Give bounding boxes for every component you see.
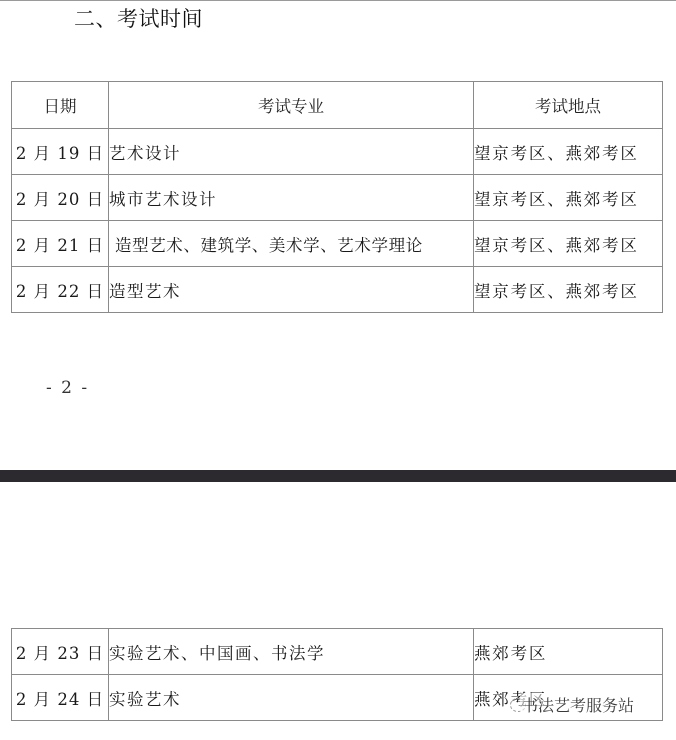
- header-major: 考试专业: [109, 82, 474, 129]
- table-row: 2 月 23 日 实验艺术、中国画、书法学 燕郊考区: [12, 629, 663, 675]
- cell-date: 2 月 21 日: [12, 221, 109, 267]
- table-row: 2 月 21 日 造型艺术、建筑学、美术学、艺术学理论 望京考区、燕郊考区: [12, 221, 663, 267]
- cell-place: 望京考区、燕郊考区: [474, 221, 663, 267]
- header-place: 考试地点: [474, 82, 663, 129]
- cell-date: 2 月 20 日: [12, 175, 109, 221]
- cell-major: 实验艺术、中国画、书法学: [109, 629, 474, 675]
- table-header-row: 日期 考试专业 考试地点: [12, 82, 663, 129]
- watermark: 书法艺考服务站: [520, 693, 636, 716]
- exam-schedule-table: 日期 考试专业 考试地点 2 月 19 日 艺术设计 望京考区、燕郊考区 2 月…: [11, 81, 663, 313]
- cell-major: 造型艺术: [109, 267, 474, 313]
- cell-place: 望京考区、燕郊考区: [474, 175, 663, 221]
- table-row: 2 月 22 日 造型艺术 望京考区、燕郊考区: [12, 267, 663, 313]
- section-heading: 二、考试时间: [74, 3, 203, 33]
- cell-place: 望京考区、燕郊考区: [474, 267, 663, 313]
- table-row: 2 月 19 日 艺术设计 望京考区、燕郊考区: [12, 129, 663, 175]
- cell-date: 2 月 19 日: [12, 129, 109, 175]
- page-number: - 2 -: [46, 378, 89, 398]
- cell-date: 2 月 23 日: [12, 629, 109, 675]
- top-rule: [0, 0, 676, 1]
- cell-major: 实验艺术: [109, 675, 474, 721]
- cell-major: 城市艺术设计: [109, 175, 474, 221]
- cell-date: 2 月 22 日: [12, 267, 109, 313]
- cell-place: 望京考区、燕郊考区: [474, 129, 663, 175]
- cell-major: 艺术设计: [109, 129, 474, 175]
- header-date: 日期: [12, 82, 109, 129]
- cell-date: 2 月 24 日: [12, 675, 109, 721]
- cell-major: 造型艺术、建筑学、美术学、艺术学理论: [109, 221, 474, 267]
- table-row: 2 月 20 日 城市艺术设计 望京考区、燕郊考区: [12, 175, 663, 221]
- cell-place: 燕郊考区: [474, 629, 663, 675]
- page-break-bar: [0, 470, 676, 482]
